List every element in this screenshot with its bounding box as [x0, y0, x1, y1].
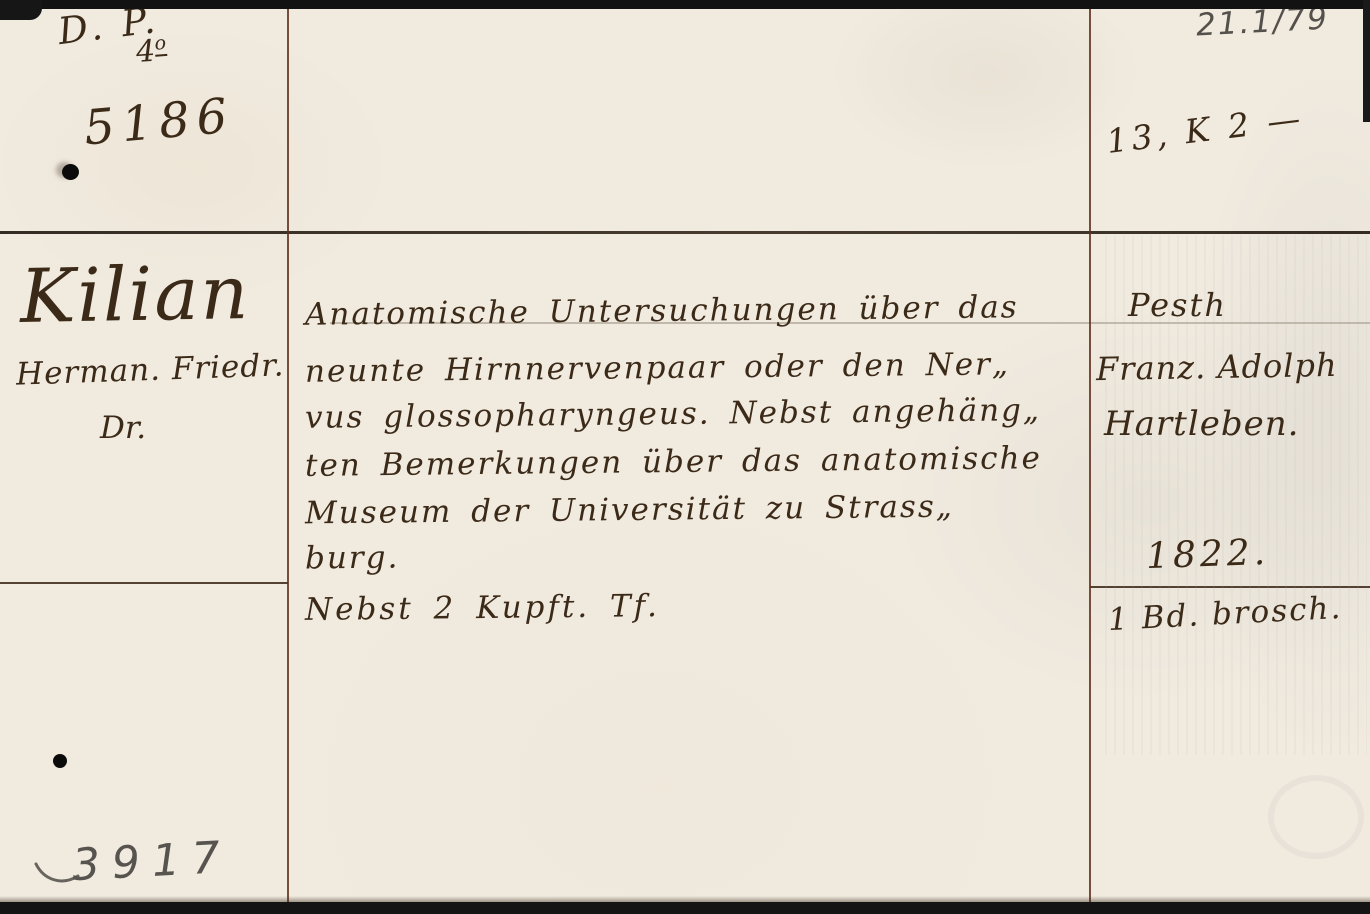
- scan-edge-bottom: [0, 902, 1370, 914]
- punch-hole-bottom: [53, 754, 67, 768]
- format-mark: 4o: [135, 33, 168, 70]
- vertical-rule-left: [287, 7, 289, 904]
- accession-number: 5186: [82, 88, 236, 157]
- author-surname: Kilian: [19, 250, 251, 340]
- title-line-6: burg.: [305, 540, 400, 577]
- collation-note: 1 Bd. brosch.: [1107, 590, 1343, 638]
- scan-edge-top: [0, 0, 1370, 9]
- title-line-3: vus glossopharyngeus. Nebst angehäng„: [305, 392, 1041, 436]
- horizontal-rule-right-column: [1090, 586, 1370, 588]
- format-superscript: o: [154, 32, 167, 57]
- punch-hole-top: [62, 164, 79, 180]
- imprint-place: Pesth: [1128, 286, 1227, 324]
- title-line-1: Anatomische Untersuchungen über das: [305, 289, 1019, 332]
- title-plates-note: Nebst 2 Kupft. Tf.: [305, 588, 660, 628]
- catalog-card: D. P. 4o 5186 21.1/79 13, K 2 — Kilian H…: [0, 0, 1370, 914]
- title-line-2: neunte Hirnnervenpaar oder den Ner„: [305, 346, 1010, 389]
- vertical-rule-right: [1089, 7, 1091, 904]
- author-given-names: Herman. Friedr.: [15, 347, 285, 392]
- author-title: Dr.: [100, 410, 146, 446]
- title-line-5: Museum der Universität zu Strass„: [305, 489, 954, 532]
- publication-year: 1822.: [1145, 532, 1269, 577]
- faint-stamp-mark: [1268, 775, 1364, 859]
- price-note: 13, K 2 —: [1104, 98, 1306, 161]
- scan-edge-top-left: [0, 0, 42, 20]
- card-number-pencil: 3917: [71, 832, 233, 891]
- publisher-name-line1: Franz. Adolph: [1096, 346, 1338, 388]
- horizontal-rule-left-column: [0, 582, 288, 584]
- scan-edge-right-top: [1363, 0, 1370, 122]
- publisher-name-line2: Hartleben.: [1104, 404, 1299, 444]
- horizontal-rule-header: [0, 231, 1370, 234]
- title-line-4: ten Bemerkungen über das anatomische: [305, 440, 1042, 484]
- format-number: 4: [135, 34, 156, 70]
